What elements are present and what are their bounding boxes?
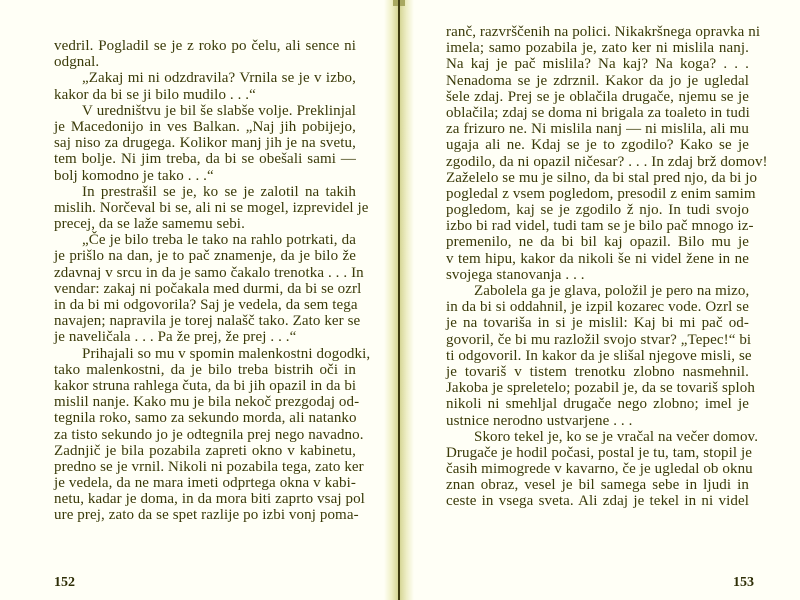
text-line: Skoro tekel je, ko se je vračal na večer… xyxy=(446,429,749,445)
text-line: časih mimogrede v kavarno, če je ugledal… xyxy=(446,461,749,477)
text-line: V uredništvu je bil še slabše volje. Pre… xyxy=(54,103,356,119)
text-line: oblačila; zdaj se doma ni brigala za toa… xyxy=(446,105,749,121)
left-page-number: 152 xyxy=(54,575,75,591)
text-line: Zabolela ga je glava, položil je pero na… xyxy=(446,283,749,299)
text-line: je tovariš v tistem trenotku zlobno nasm… xyxy=(446,364,749,380)
text-line: navajen; napravila je torej nalašč tako.… xyxy=(54,313,356,329)
text-line: kakor da bi se ji bilo mudilo . . .“ xyxy=(54,87,356,103)
text-line: premenilo, ne da bi bil kaj opazil. Bilo… xyxy=(446,234,749,250)
text-line: je prišlo na dan, je to pač znamenje, da… xyxy=(54,248,356,264)
text-line: kakor struna rahlega čuta, da bi jih opa… xyxy=(54,378,356,394)
text-line: vedril. Pogladil se je z roko po čelu, a… xyxy=(54,38,356,54)
text-line: Zaželelo se mu je silno, da bi stal pred… xyxy=(446,170,749,186)
text-line: vendar: zakaj ni počakala med durmi, da … xyxy=(54,281,356,297)
text-line: Drugače je hodil počasi, postal je tu, t… xyxy=(446,445,749,461)
left-page-text: vedril. Pogladil se je z roko po čelu, a… xyxy=(54,38,356,524)
text-line: nikoli ni smehljal drugače nego zlobno; … xyxy=(446,396,749,412)
text-line: Zadnjič je bila pozabila zapreti okno v … xyxy=(54,443,356,459)
text-line: za frizuro ne. Ni mislila nanj — ni misl… xyxy=(446,121,749,137)
text-line: ti odgovoril. In kakor da je slišal njeg… xyxy=(446,348,749,364)
text-line: „Zakaj mi ni odzdravila? Vrnila se je v … xyxy=(54,70,356,86)
text-line: Nenadoma se je zdrznil. Kakor da jo je u… xyxy=(446,73,749,89)
text-line: In prestrašil se je, ko se je zalotil na… xyxy=(54,184,356,200)
text-line: tegnila roko, samo za sekundo morda, ali… xyxy=(54,410,356,426)
text-line: v tem hipu, kakor da nikoli še ni videl … xyxy=(446,251,749,267)
text-line: je na tovariša in si je mislil: Kaj bi m… xyxy=(446,315,749,331)
text-line: tem bolje. Ni jim treba, da bi se obešal… xyxy=(54,151,356,167)
text-line: zgodilo, da ni opazil ničesar? . . . In … xyxy=(446,154,749,170)
book-spread: vedril. Pogladil se je z roko po čelu, a… xyxy=(0,0,800,600)
text-line: ugaja ali ne. Kdaj se je to zgodilo? Kak… xyxy=(446,137,749,153)
text-line: Prihajali so mu v spomin malenkostni dog… xyxy=(54,346,356,362)
text-line: precej, da se laže samemu sebi. xyxy=(54,216,356,232)
text-line: Na kaj je pač mislila? Na kaj? Na koga? … xyxy=(446,56,749,72)
text-line: mislih. Norčeval bi se, ali ni se mogel,… xyxy=(54,200,356,216)
text-line: pogledal z vsem pogledom, presodil z eni… xyxy=(446,186,749,202)
text-line: ustnice nerodno ustvarjene . . . xyxy=(446,413,749,429)
text-line: ceste in vsega sveta. Ali zdaj je tekel … xyxy=(446,493,749,509)
text-line: imela; samo pozabila je, zato ker ni mis… xyxy=(446,40,749,56)
text-line: je vedela, da ne mara imeti odprtega okn… xyxy=(54,475,356,491)
text-line: tako malenkostni, da je bilo treba bistr… xyxy=(54,362,356,378)
text-line: odgnal. xyxy=(54,54,356,70)
text-line: saj niso za drugega. Kolikor manj jih je… xyxy=(54,135,356,151)
text-line: bolj komodno je tako . . .“ xyxy=(54,168,356,184)
text-line: „Če je bilo treba le tako na rahlo potrk… xyxy=(54,232,356,248)
text-line: mislil nanje. Kako mu je bila nekoč prez… xyxy=(54,394,356,410)
right-page-text: ranč, razvrščenih na polici. Nikakršnega… xyxy=(446,24,749,510)
text-line: in da bi si oddahnil, je izpil kozarec v… xyxy=(446,299,749,315)
text-line: znan obraz, vesel je bil samega sebe in … xyxy=(446,477,749,493)
text-line: je naveličala . . . Pa že prej, že prej … xyxy=(54,329,356,345)
text-line: za tisto sekundo jo je odtegnila prej ne… xyxy=(54,427,356,443)
text-line: ranč, razvrščenih na polici. Nikakršnega… xyxy=(446,24,749,40)
text-line: je Macedonijo in ves Balkan. „Naj jih po… xyxy=(54,119,356,135)
text-line: govoril, če bi mu razložil svojo stvar? … xyxy=(446,332,749,348)
text-line: zdavnaj v srcu in da je samo čakalo tren… xyxy=(54,265,356,281)
text-line: pogledom, kaj se je zgodilo ž njo. In tu… xyxy=(446,202,749,218)
text-line: netu, kadar je doma, in da mora biti zap… xyxy=(54,491,356,507)
text-line: šele zdaj. Prej se je oblačila drugače, … xyxy=(446,89,749,105)
text-line: Jakoba je spreletelo; pozabil je, da se … xyxy=(446,380,749,396)
text-line: ure prej, zato da se spet razlije po izb… xyxy=(54,507,356,523)
text-line: izbo bi rad videl, tudi tam se je bilo p… xyxy=(446,218,749,234)
text-line: svojega stanovanja . . . xyxy=(446,267,749,283)
book-spine-line xyxy=(398,0,400,600)
text-line: in da bi mi odgovorila? Saj je vedela, d… xyxy=(54,297,356,313)
text-line: predno se je vrnil. Nikoli ni pozabila t… xyxy=(54,459,356,475)
right-page-number: 153 xyxy=(733,575,754,591)
